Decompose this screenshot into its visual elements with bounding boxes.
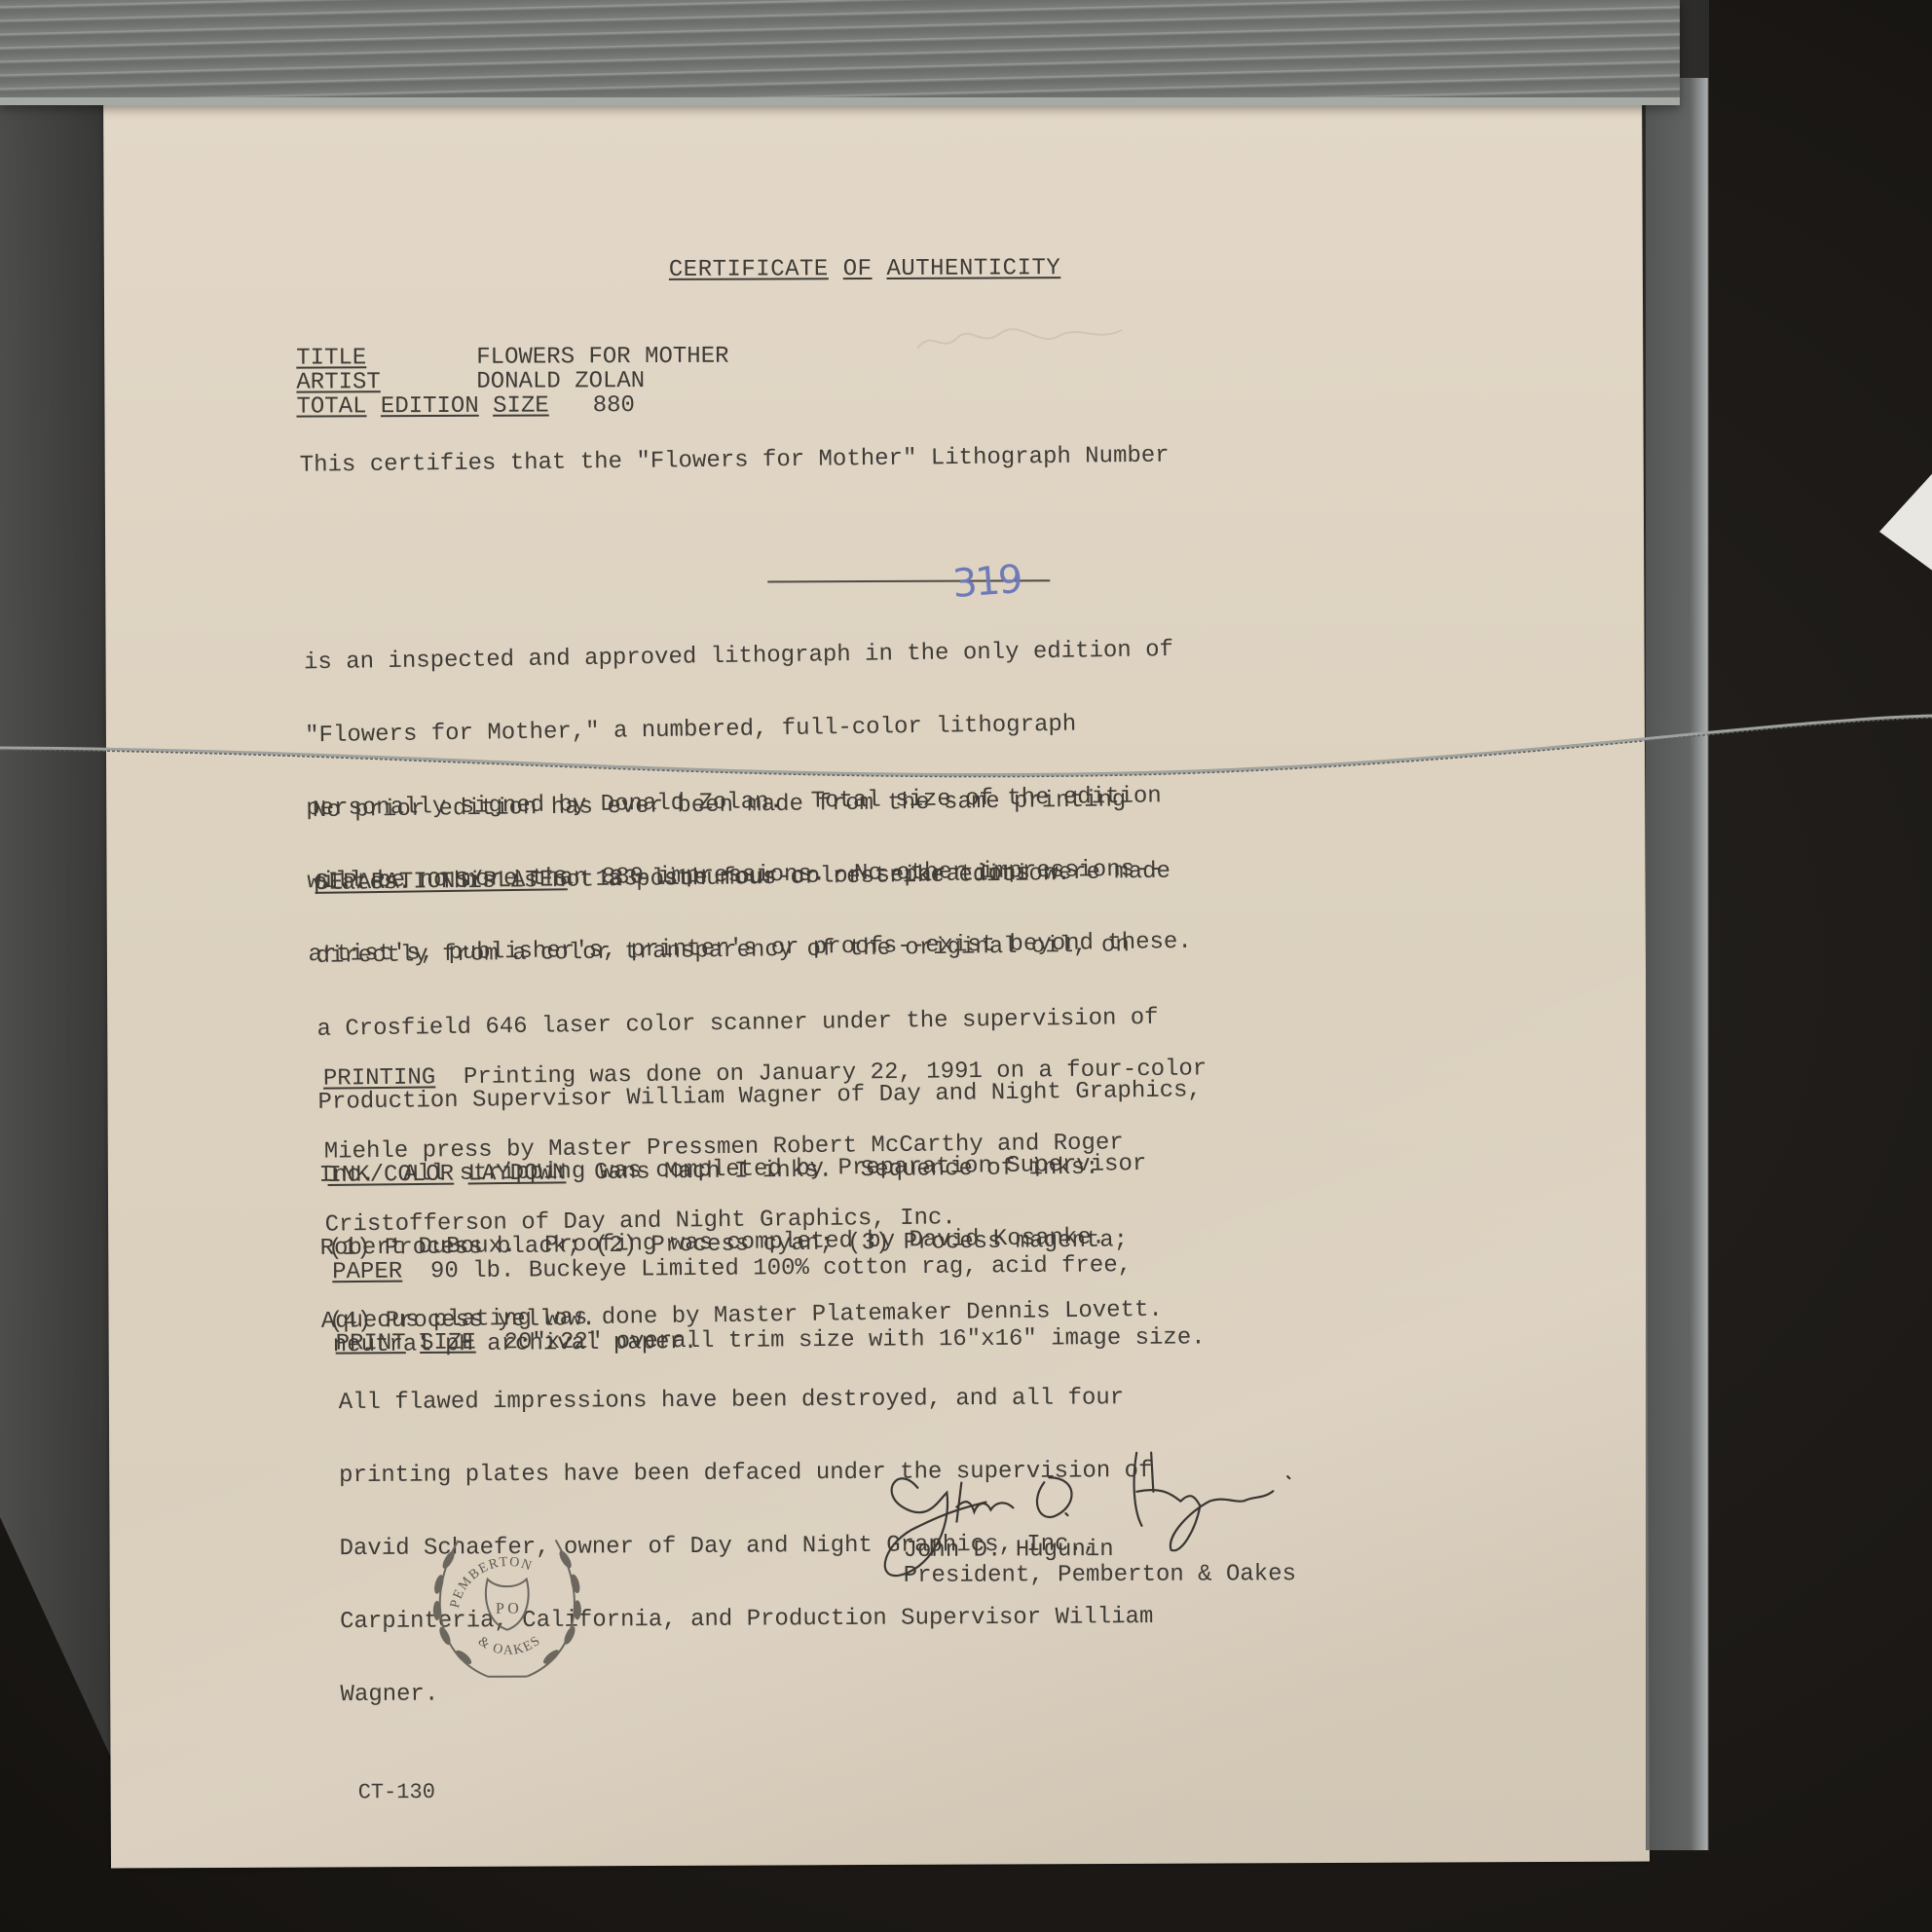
text-line: INK/COLOR LAYDOWN Gans Mach I inks. Sequ…	[327, 1155, 1127, 1188]
title-word: AUTHENTICITY	[886, 255, 1060, 282]
artwork-details: TITLE FLOWERS FOR MOTHER ARTIST DONALD Z…	[296, 345, 729, 420]
artist-label: ARTIST	[296, 370, 476, 395]
text-segment: Gans Mach I inks. Sequence of inks:	[566, 1155, 1099, 1187]
ink-label-word: INK/COLOR	[327, 1162, 454, 1189]
edition-size-value: 880	[593, 393, 635, 418]
text-line: is an inspected and approved lithograph …	[304, 638, 1188, 675]
certificate-paper: CERTIFICATE OF AUTHENTICITY TITLE FLOWER…	[103, 73, 1650, 1869]
signatory-name: John D. Hugunin	[904, 1537, 1296, 1564]
sleeve-right-edge	[1646, 78, 1709, 1850]
photo-scene: CERTIFICATE OF AUTHENTICITY TITLE FLOWER…	[0, 0, 1932, 1932]
zip-lock-strip	[0, 0, 1680, 105]
form-code: CT-130	[358, 1780, 435, 1804]
text-segment: Printing was done on January 22, 1991 on…	[435, 1056, 1207, 1091]
title-row: TITLE FLOWERS FOR MOTHER	[296, 345, 728, 371]
edition-size-row: TOTAL EDITION SIZE 880	[296, 393, 728, 420]
certification-intro: This certifies that the "Flowers for Mot…	[300, 444, 1170, 478]
text-segment: 133-line four-color separations were mad…	[568, 859, 1171, 894]
signatory-title: President, Pemberton & Oakes	[904, 1562, 1296, 1589]
printing-label: PRINTING	[323, 1064, 436, 1092]
title-value: FLOWERS FOR MOTHER	[476, 345, 728, 370]
seal-monogram: P O	[496, 1601, 519, 1617]
text-line: directly from a color transparency of th…	[316, 932, 1200, 969]
separations-label: SEPARATIONS/PLATES	[315, 867, 568, 897]
edition-size-label: TOTAL EDITION SIZE	[296, 393, 548, 419]
signatory-block: John D. Hugunin President, Pemberton & O…	[904, 1537, 1296, 1589]
title-label: TITLE	[296, 346, 476, 371]
title-word: OF	[843, 256, 873, 282]
paper-label: PAPER	[332, 1259, 402, 1286]
edition-label-word: EDITION	[381, 393, 479, 420]
text-line: SEPARATIONS/PLATES 133-line four-color s…	[315, 859, 1199, 896]
edition-label-word: SIZE	[493, 392, 549, 419]
artist-value: DONALD ZOLAN	[476, 369, 645, 394]
pemberton-oakes-seal-icon: PEMBERTON & OAKES P O	[419, 1520, 595, 1687]
artist-row: ARTIST DONALD ZOLAN	[296, 369, 728, 395]
text-line: All flawed impressions have been destroy…	[339, 1386, 1152, 1415]
edition-label-word: TOTAL	[296, 393, 366, 420]
seal-bottom-text: & OAKES	[475, 1633, 544, 1658]
text-line: PRINTING Printing was done on January 22…	[323, 1057, 1207, 1091]
certificate-title: CERTIFICATE OF AUTHENTICITY	[669, 256, 1060, 282]
title-word: CERTIFICATE	[669, 256, 829, 283]
background-paper-corner	[1879, 467, 1932, 575]
ink-label-word: LAYDOWN	[467, 1160, 566, 1187]
svg-text:& OAKES: & OAKES	[475, 1633, 544, 1658]
certificate-document: CERTIFICATE OF AUTHENTICITY TITLE FLOWER…	[103, 73, 1650, 1869]
faint-show-through-writing	[912, 318, 1127, 358]
